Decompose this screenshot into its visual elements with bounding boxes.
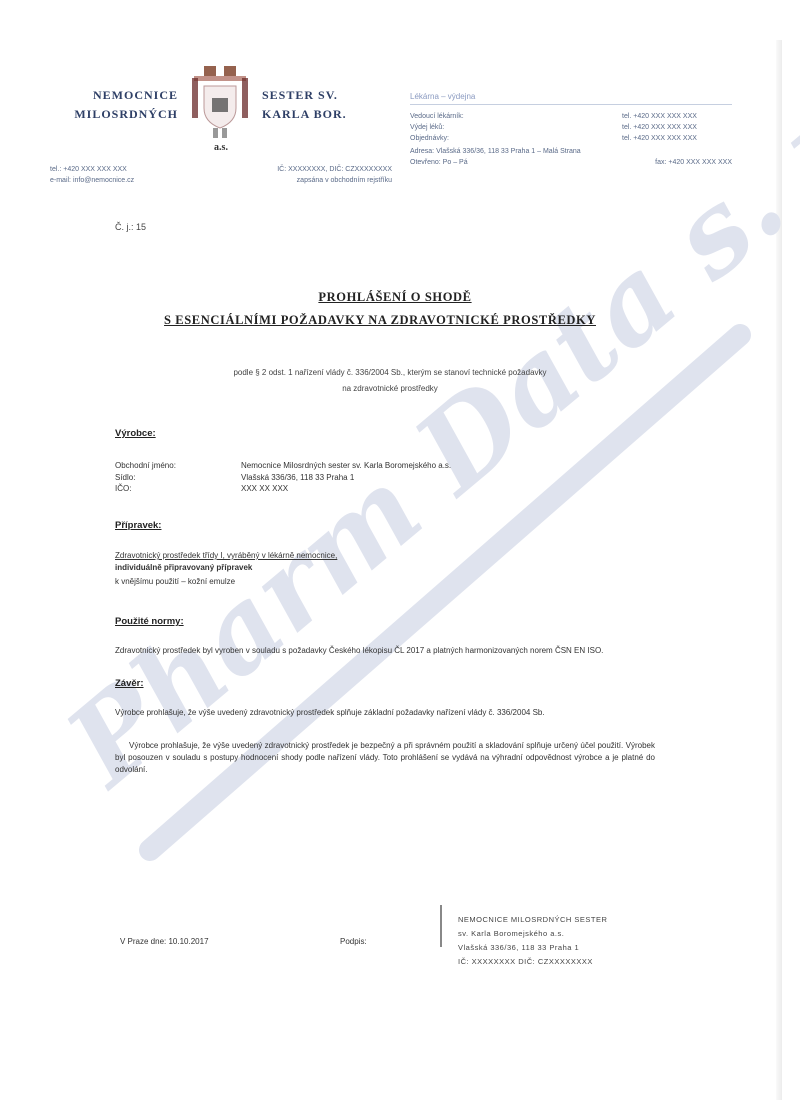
field-label: Obchodní jméno: [115,460,241,472]
pharmacy-fax: fax: +420 XXX XXX XXX [655,157,732,168]
signature-stroke [440,905,442,947]
contact-phone: tel.: +420 XXX XXX XXX [50,164,190,175]
letterhead-name-left-line2: MILOSRDNÝCH [48,105,178,124]
crest-caption: a.s. [206,142,236,153]
stamp-line: sv. Karla Boromejského a.s. [458,927,607,941]
letterhead-name-left-line1: NEMOCNICE [48,86,178,105]
section-heading-product: Přípravek: [115,520,161,531]
product-line1: Zdravotnický prostředek třídy I, vyráběn… [115,550,337,562]
pharmacy-box-title: Lékárna – výdejna [410,92,732,105]
field-row: IČO: XXX XX XXX [115,483,451,495]
manufacturer-fields: Obchodní jméno: Nemocnice Milosrdných se… [115,460,451,495]
product-line3: k vnějšímu použití – kožní emulze [115,576,235,588]
pharmacy-footer: Otevřeno: Po – Pá fax: +420 XXX XXX XXX [410,157,732,168]
pharmacy-row-value: tel. +420 XXX XXX XXX [622,122,732,133]
subtitle-line1: podle § 2 odst. 1 nařízení vlády č. 336/… [180,365,600,381]
contact-registry: zapsána v obchodním rejstříku [212,175,392,186]
signature-date: V Praze dne: 10.10.2017 [120,937,209,946]
letterhead-name-right: SESTER SV. KARLA BOR. [262,86,392,124]
field-row: Obchodní jméno: Nemocnice Milosrdných se… [115,460,451,472]
letterhead-contacts-left: tel.: +420 XXX XXX XXX e-mail: info@nemo… [50,164,190,186]
product-line2: individuálně připravovaný přípravek [115,562,252,574]
pharmacy-hours: Otevřeno: Po – Pá [410,157,468,168]
document-subtitle: podle § 2 odst. 1 nařízení vlády č. 336/… [180,365,600,397]
hospital-crest-icon [190,64,250,142]
pharmacy-row-value: tel. +420 XXX XXX XXX [622,111,732,122]
pharmacy-row-label: Vedoucí lékárník: [410,111,464,122]
field-value: Vlašská 336/36, 118 33 Praha 1 [241,472,354,484]
section-heading-manufacturer: Výrobce: [115,428,156,439]
pharmacy-row: Vedoucí lékárník: tel. +420 XXX XXX XXX [410,111,732,122]
section-heading-conclusion: Závěr: [115,678,144,689]
section-heading-standards: Použité normy: [115,616,184,627]
field-row: Sídlo: Vlašská 336/36, 118 33 Praha 1 [115,472,451,484]
pharmacy-address: Adresa: Vlašská 336/36, 118 33 Praha 1 –… [410,146,732,157]
letterhead-name-right-line1: SESTER SV. [262,86,392,105]
pharmacy-row: Výdej léků: tel. +420 XXX XXX XXX [410,122,732,133]
pharmacy-row-value: tel. +420 XXX XXX XXX [622,133,732,144]
document-title-line1: PROHLÁŠENÍ O SHODĚ [0,290,795,305]
stamp-line: NEMOCNICE MILOSRDNÝCH SESTER [458,913,607,927]
letterhead-pharmacy-box: Lékárna – výdejna Vedoucí lékárník: tel.… [410,92,732,168]
stamp-line: IČ: XXXXXXXX DIČ: CZXXXXXXXX [458,955,607,969]
stamp-text: NEMOCNICE MILOSRDNÝCH SESTER sv. Karla B… [458,913,607,969]
pharmacy-row: Objednávky: tel. +420 XXX XXX XXX [410,133,732,144]
company-stamp: NEMOCNICE MILOSRDNÝCH SESTER sv. Karla B… [440,905,650,995]
field-value: XXX XX XXX [241,483,288,495]
standards-text: Zdravotnický prostředek byl vyroben v so… [115,645,655,657]
pharmacy-row-label: Objednávky: [410,133,449,144]
document-reference: Č. j.: 15 [115,222,146,232]
pharmacy-row-label: Výdej léků: [410,122,444,133]
document-title-line2: S ESENCIÁLNÍMI POŽADAVKY NA ZDRAVOTNICKÉ… [0,313,780,328]
stamp-line: Vlašská 336/36, 118 33 Praha 1 [458,941,607,955]
field-label: Sídlo: [115,472,241,484]
letterhead-contacts-middle: IČ: XXXXXXXX, DIČ: CZXXXXXXXX zapsána v … [212,164,392,186]
conclusion-text1: Výrobce prohlašuje, že výše uvedený zdra… [115,707,655,719]
signature-label: Podpis: [340,937,367,946]
conclusion-text2: Výrobce prohlašuje, že výše uvedený zdra… [115,740,655,776]
contact-email: e-mail: info@nemocnice.cz [50,175,190,186]
contact-ids: IČ: XXXXXXXX, DIČ: CZXXXXXXXX [212,164,392,175]
subtitle-line2: na zdravotnické prostředky [180,381,600,397]
page-edge-shadow [776,40,782,1100]
field-label: IČO: [115,483,241,495]
letterhead-name-left: NEMOCNICE MILOSRDNÝCH [48,86,178,124]
field-value: Nemocnice Milosrdných sester sv. Karla B… [241,460,451,472]
letterhead-name-right-line2: KARLA BOR. [262,105,392,124]
